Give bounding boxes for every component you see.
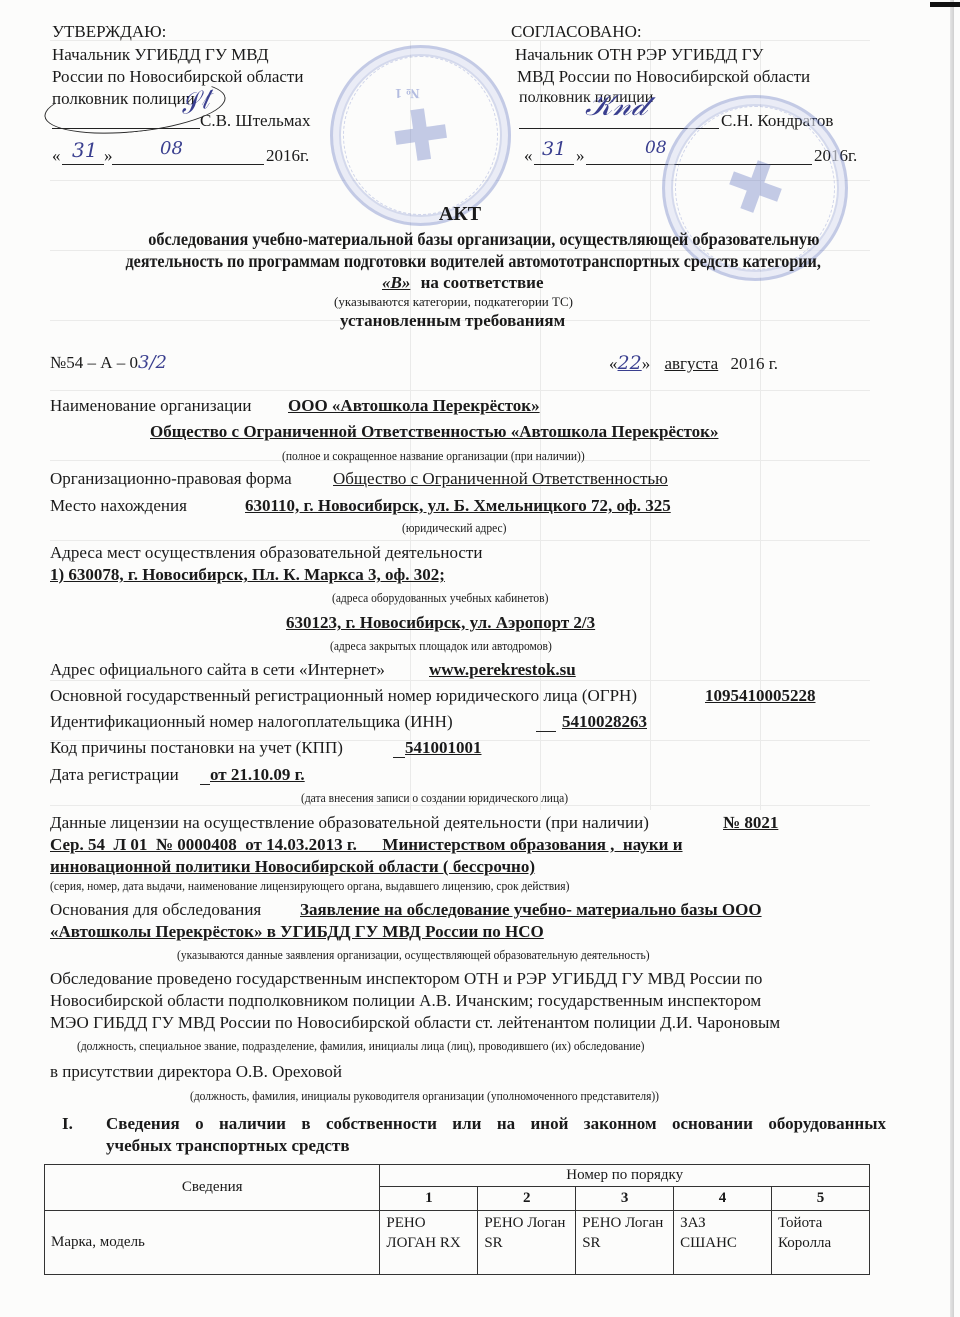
edu-address-1: 1) 630078, г. Новосибирск, Пл. К. Маркса… [50,565,445,585]
act-date-quote-close: » [642,354,651,373]
reg-date-value: от 21.10.09 г. [210,765,305,785]
org-name-full: Общество с Ограниченной Ответственностью… [150,422,718,442]
vehicle-model-cell: РЕНО Логан SR [478,1211,576,1275]
stamp-emblem-icon: ✚ [386,91,455,180]
approval-right-department: МВД России по Новосибирской области [517,67,810,87]
reg-date-underline-lead [200,784,210,785]
basis-label: Основания для обследования [50,900,261,920]
act-date-quote-open: « [609,354,618,373]
org-name-short: ООО «Автошкола Перекрёсток» [288,396,540,416]
act-number-prefix: №54 – А – 0 [50,353,138,372]
approval-right-day: 31 [542,138,566,160]
license-note: (серия, номер, дата выдачи, наименование… [50,879,569,894]
approval-right-signature: 𝒦𝓃𝒹 [585,88,647,123]
approval-right-quote-open: « [524,146,533,166]
approval-left-day: 31 [72,138,97,162]
reg-date-label: Дата регистрации [50,765,179,785]
ogrn-value: 1095410005228 [705,686,816,706]
stamp-number: № 1 [395,84,420,100]
act-number: №54 – А – 03/2 [50,352,167,373]
header-info: Сведения [45,1165,380,1211]
act-category-note: (указываются категории, подкатегории ТС) [334,294,573,310]
approval-left-month: 08 [160,138,183,159]
approval-right-position: Начальник ОТН РЭР УГИБДД ГУ [515,45,763,65]
approval-left-heading: УТВЕРЖДАЮ: [52,22,166,42]
edu-addresses-label: Адреса мест осуществления образовательно… [50,543,482,563]
presence-line: в присутствии директора О.В. Ореховой [50,1062,342,1082]
vehicle-model-cell: РЕНО Логан SR [576,1211,674,1275]
act-subtitle-line4: установленным требованиям [340,311,565,331]
inspectors-line1: Обследование проведено государственным и… [50,969,762,989]
table-header-row: Сведения Номер по порядку [45,1165,870,1187]
approval-left-year: 2016г. [266,146,309,166]
section1-heading-line2: учебных транспортных средств [106,1136,350,1156]
website-label: Адрес официального сайта в сети «Интерне… [50,660,385,680]
inn-label: Идентификационный номер налогоплательщик… [50,712,453,732]
inspectors-note: (должность, специальное звание, подразде… [77,1039,644,1054]
column-number: 2 [478,1187,576,1211]
edu-address-1-note: (адреса оборудованных учебных кабинетов) [332,591,548,606]
basis-line1: Заявление на обследование учебно- матери… [300,900,762,920]
license-number: № 8021 [723,813,778,833]
act-date-day: 22 [618,352,642,374]
column-number: 3 [576,1187,674,1211]
basis-line2: «Автошколы Перекрёсток» в УГИБДД ГУ МВД … [50,922,544,942]
license-issuer: инновационной политики Новосибирской обл… [50,857,535,877]
kpp-label: Код причины постановки на учет (КПП) [50,738,343,758]
approval-left-quote-open: « [52,146,61,166]
header-order: Номер по порядку [380,1165,870,1187]
inspectors-line3: МЭО ГИБДД ГУ МВД России по Новосибирской… [50,1013,780,1033]
approval-right-quote-close: » [576,146,585,166]
approval-left-month-line [112,164,264,165]
kpp-value: 541001001 [405,738,482,758]
section1-numeral: I. [62,1114,73,1134]
act-number-handwritten: 3/2 [138,352,167,373]
vehicle-table: Сведения Номер по порядку 1 2 3 4 5 Марк… [44,1164,870,1275]
column-number: 5 [772,1187,870,1211]
reg-date-note: (дата внесения записи о создании юридиче… [301,791,568,806]
presence-note: (должность, фамилия, инициалы руководите… [190,1089,659,1104]
vehicle-model-cell: Тойота Королла [772,1211,870,1275]
approval-right-heading: СОГЛАСОВАНО: [511,22,642,42]
vehicle-model-cell: ЗАЗ СШАНС [674,1211,772,1275]
ogrn-label: Основной государственный регистрационный… [50,686,637,706]
document-page: УТВЕРЖДАЮ: Начальник УГИБДД ГУ МВД Росси… [0,0,960,1317]
table-row: Марка, модель РЕНО ЛОГАН RX РЕНО Логан S… [45,1211,870,1275]
approval-left-position: Начальник УГИБДД ГУ МВД [52,45,269,65]
act-category-line: «B» на соответствие [382,273,544,293]
column-number: 4 [674,1187,772,1211]
act-category-suffix: на соответствие [421,273,544,292]
vehicle-model-cell: РЕНО ЛОГАН RX [380,1211,478,1275]
approval-left-signer: С.В. Штельмах [200,111,310,131]
edu-address-2: 630123, г. Новосибирск, ул. Аэропорт 2/3 [286,613,595,633]
scan-edge [950,0,954,1317]
section1-heading-line1: Сведения о наличии в собственности или н… [106,1114,886,1134]
license-details: Сер. 54 Л 01 № 0000408 от 14.03.2013 г. … [50,835,683,855]
act-subtitle-line1: обследования учебно-материальной базы ор… [70,229,898,250]
act-date-year: 2016 г. [730,354,778,373]
website-link[interactable]: www.perekrestok.su [429,660,576,680]
legal-form-value: Общество с Ограниченной Ответственностью [333,469,668,489]
kpp-underline-lead [393,757,405,758]
scan-corner-mark [930,2,960,7]
act-date-month: августа [664,354,718,373]
basis-note: (указываются данные заявления организаци… [177,948,650,963]
approval-right-month: 08 [645,138,667,158]
act-category: «B» [382,273,410,292]
act-date: «22» августа 2016 г. [609,352,778,374]
license-label: Данные лицензии на осуществление образов… [50,813,649,833]
act-title: АКТ [0,203,920,226]
inn-value: 5410028263 [562,712,647,732]
org-name-note: (полное и сокращенное название организац… [282,449,585,464]
act-subtitle-line2: деятельность по программам подготовки во… [50,251,896,272]
legal-form-label: Организационно-правовая форма [50,469,292,489]
approval-left-quote-close: » [104,146,113,166]
org-name-label: Наименование организации [50,396,251,416]
location-note: (юридический адрес) [402,521,506,536]
row-label: Марка, модель [45,1211,380,1275]
approval-right-day-line [534,164,574,165]
edu-address-2-note: (адреса закрытых площадок или автодромов… [330,639,552,654]
inn-underline-lead [536,731,556,732]
column-number: 1 [380,1187,478,1211]
location-label: Место нахождения [50,496,187,516]
official-stamp-left: ✚ № 1 [330,45,511,226]
approval-left-day-line [62,164,104,165]
inspectors-line2: Новосибирской области подполковником пол… [50,991,761,1011]
location-value: 630110, г. Новосибирск, ул. Б. Хмельницк… [245,496,671,516]
